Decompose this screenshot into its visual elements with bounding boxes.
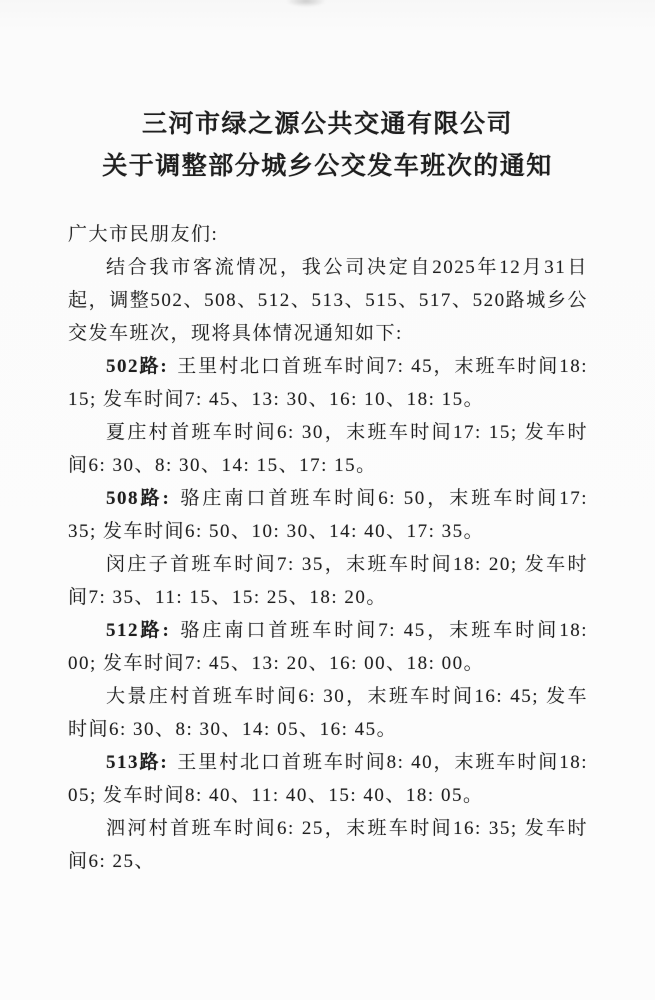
notice-page: 三河市绿之源公共交通有限公司 关于调整部分城乡公交发车班次的通知 广大市民朋友们… [0,0,655,1000]
route-label: 508路: [106,488,170,509]
route-label: 502路: [106,356,168,377]
company-name: 三河市绿之源公共交通有限公司 [20,104,635,146]
notice-subject: 关于调整部分城乡公交发车班次的通知 [20,146,635,188]
route-label: 512路: [106,620,170,641]
paragraph: 512路:骆庄南口首班车时间7: 45，末班车时间18: 00; 发车时间7: … [68,614,588,680]
notice-body: 广大市民朋友们: 结合我市客流情况，我公司决定自2025年12月31日起，调整5… [68,218,588,878]
paragraph: 大景庄村首班车时间6: 30，末班车时间16: 45; 发车时间6: 30、8:… [68,680,588,746]
paragraph-text: 夏庄村首班车时间6: 30，末班车时间17: 15; 发车时间6: 30、8: … [68,422,588,476]
paragraph: 502路:王里村北口首班车时间7: 45，末班车时间18: 15; 发车时间7:… [68,350,588,416]
paragraph-text: 结合我市客流情况，我公司决定自2025年12月31日起，调整502、508、51… [68,257,588,344]
paragraph-text: 大景庄村首班车时间6: 30，末班车时间16: 45; 发车时间6: 30、8:… [68,686,588,740]
greeting: 广大市民朋友们: [68,218,588,251]
route-label: 513路: [106,752,168,773]
notice-title: 三河市绿之源公共交通有限公司 关于调整部分城乡公交发车班次的通知 [20,104,635,188]
paragraph: 泗河村首班车时间6: 25，末班车时间16: 35; 发车时间6: 25、 [68,812,588,878]
paragraph: 闵庄子首班车时间7: 35，末班车时间18: 20; 发车时间7: 35、11:… [68,548,588,614]
scan-artifact [286,0,326,7]
paragraph: 513路:王里村北口首班车时间8: 40，末班车时间18: 05; 发车时间8:… [68,746,588,812]
paragraph-text: 闵庄子首班车时间7: 35，末班车时间18: 20; 发车时间7: 35、11:… [68,554,588,608]
paragraph: 结合我市客流情况，我公司决定自2025年12月31日起，调整502、508、51… [68,251,588,350]
paragraph: 508路:骆庄南口首班车时间6: 50，末班车时间17: 35; 发车时间6: … [68,482,588,548]
paragraph-text: 泗河村首班车时间6: 25，末班车时间16: 35; 发车时间6: 25、 [68,818,588,872]
paragraph-list: 结合我市客流情况，我公司决定自2025年12月31日起，调整502、508、51… [68,251,588,878]
paragraph: 夏庄村首班车时间6: 30，末班车时间17: 15; 发车时间6: 30、8: … [68,416,588,482]
